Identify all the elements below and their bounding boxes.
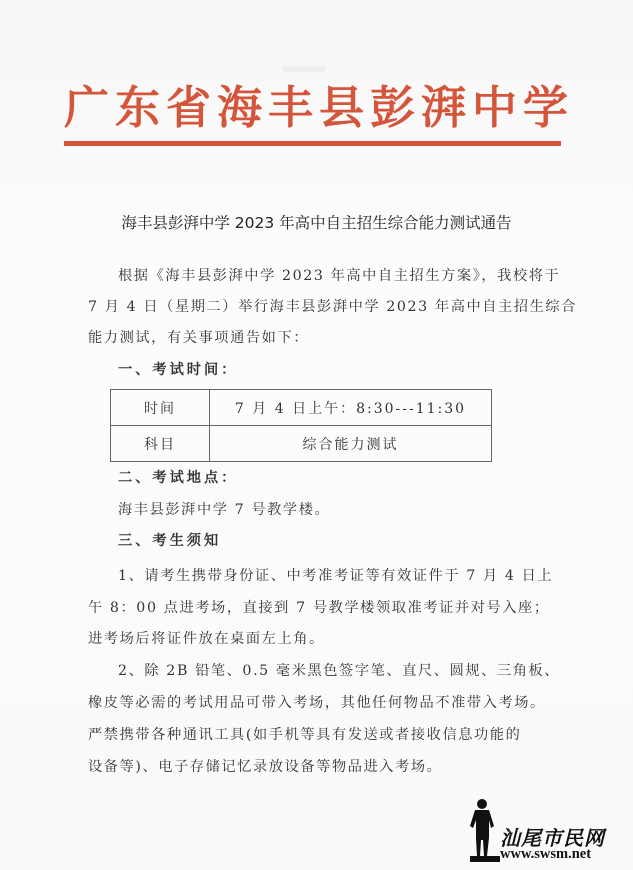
table-row: 时间 7 月 4 日上午：8:30---11:30 [111,390,492,426]
letterhead-school-name: 广东省海丰县彭湃中学 [64,80,564,136]
person-silhouette-icon [470,798,500,864]
notice-item2-line-1: 2、除 2B 铅笔、0.5 毫米黑色签字笔、直尺、圆规、三角板、 [118,660,560,680]
site-watermark: 汕尾市民网 www.swsm.net [470,798,630,866]
notice-item2-line-2: 橡皮等必需的考试用品可带入考场，其他任何物品不准带入考场。 [88,692,546,712]
table-cell-value: 7 月 4 日上午：8:30---11:30 [210,390,492,426]
section-heading-location: 二、考试地点： [118,467,238,487]
location-text: 海丰县彭湃中学 7 号教学楼。 [118,499,330,519]
notice-item1-line-3: 进考场后将证件放在桌面左上角。 [88,628,325,648]
document-title: 海丰县彭湃中学 2023 年高中自主招生综合能力测试通告 [60,211,573,233]
intro-line-1: 根据《海丰县彭湃中学 2023 年高中自主招生方案》，我校将于 [118,265,560,285]
letterhead-red-rule [64,141,561,146]
intro-line-3: 能力测试，有关事项通告如下： [88,327,309,347]
intro-line-2: 7 月 4 日（星期二）举行海丰县彭湃中学 2023 年高中自主招生综合 [88,296,577,316]
exam-schedule-table: 时间 7 月 4 日上午：8:30---11:30 科目 综合能力测试 [110,389,492,462]
section-heading-time: 一、考试时间： [118,359,238,379]
notice-item2-line-3: 严禁携带各种通讯工具(如手机等具有发送或者接收信息功能的 [88,724,521,744]
table-row: 科目 综合能力测试 [111,426,492,462]
document-page: 广东省海丰县彭湃中学 海丰县彭湃中学 2023 年高中自主招生综合能力测试通告 … [0,0,633,870]
section-heading-notice: 三、考生须知 [118,530,221,550]
notice-item1-line-2: 午 8：00 点进考场，直接到 7 号教学楼领取准考证并对号入座； [88,597,550,617]
table-cell-label: 时间 [111,390,210,426]
scan-smudge [282,66,326,72]
watermark-url: www.swsm.net [500,846,591,863]
notice-item1-line-1: 1、请考生携带身份证、中考准考证等有效证件于 7 月 4 日上 [118,565,553,585]
table-cell-value: 综合能力测试 [210,426,492,462]
table-cell-label: 科目 [111,426,210,462]
notice-item2-line-4: 设备等)、电子存储记忆录放设备等物品进入考场。 [88,756,442,776]
